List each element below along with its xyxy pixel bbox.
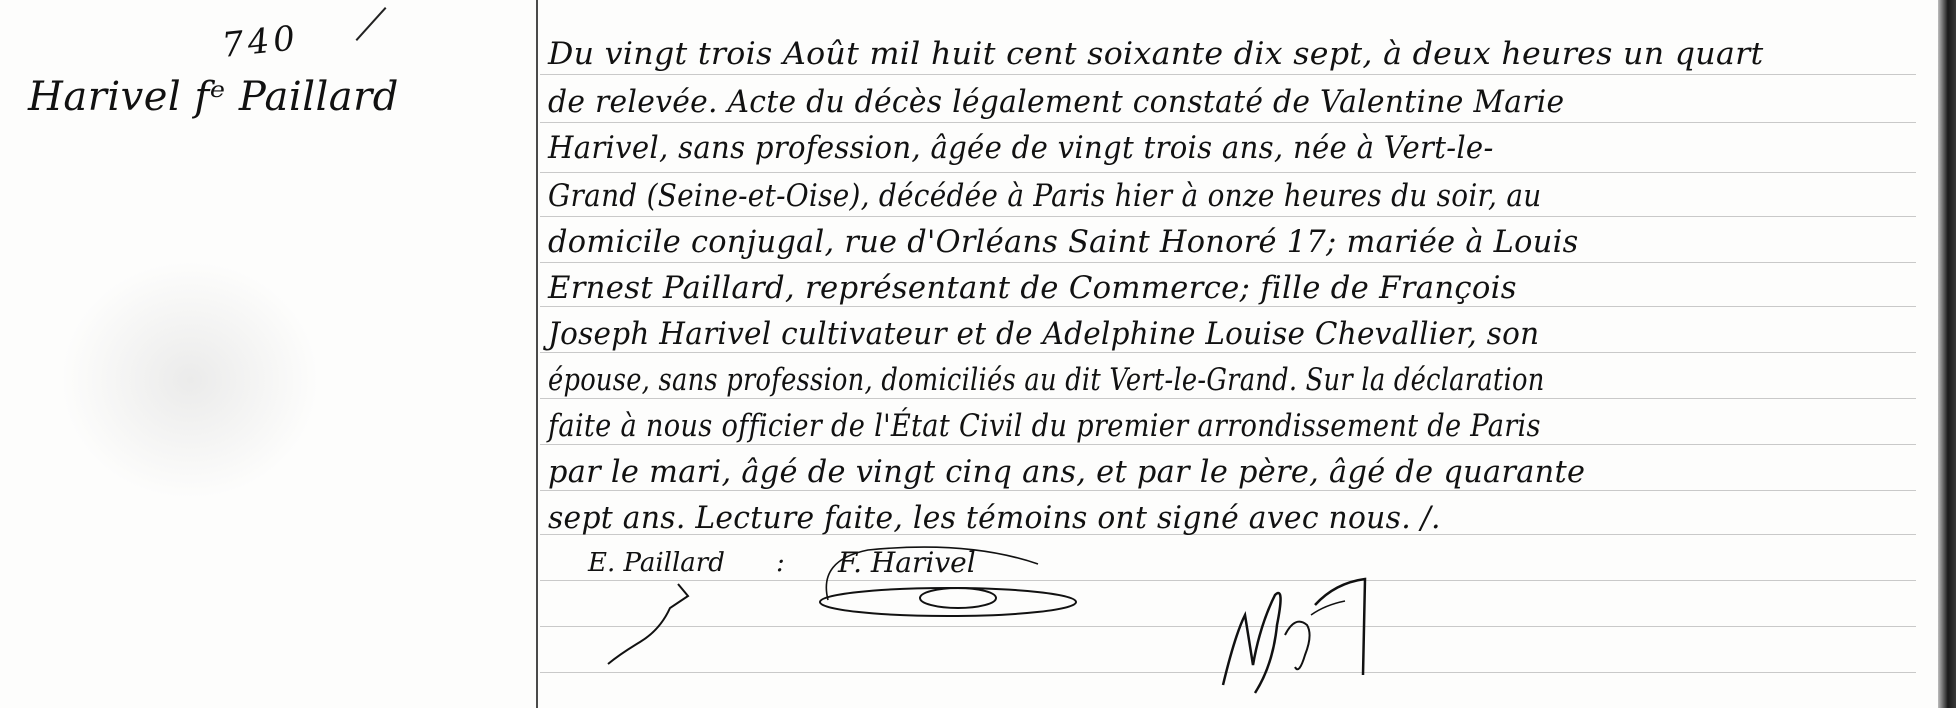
signature-father-block: F. Harivel: [808, 540, 1078, 620]
ruled-line: [540, 122, 1916, 123]
body-line-11: sept ans. Lecture faite, les témoins ont…: [548, 500, 1441, 536]
body-line-9: faite à nous officier de l'État Civil du…: [548, 408, 1541, 444]
signature-separator: :: [776, 548, 785, 578]
paper-smudge: [60, 260, 320, 500]
page-binding-edge: [1938, 0, 1956, 708]
body-line-3: Harivel, sans profession, âgée de vingt …: [548, 130, 1494, 166]
ruled-line: [540, 74, 1916, 75]
body-line-2: de relevée. Acte du décès légalement con…: [548, 84, 1564, 120]
margin-name: Harivel fᵉ Paillard: [28, 74, 399, 120]
ruled-line: [540, 444, 1916, 445]
signature-father: F. Harivel: [838, 546, 976, 579]
body-line-4: Grand (Seine-et-Oise), décédée à Paris h…: [548, 178, 1541, 214]
signature-flourish-icon: [600, 580, 720, 670]
ruled-line: [540, 352, 1916, 353]
signature-officer-icon: [1215, 575, 1385, 695]
margin-tick-mark: [356, 7, 387, 41]
ruled-line: [540, 306, 1916, 307]
entry-number: 740: [220, 18, 301, 66]
ruled-line: [540, 490, 1916, 491]
body-line-7: Joseph Harivel cultivateur et de Adelphi…: [548, 316, 1539, 352]
signature-husband: E. Paillard: [588, 548, 725, 578]
body-line-1: Du vingt trois Août mil huit cent soixan…: [548, 36, 1764, 72]
ruled-line: [540, 216, 1916, 217]
body-line-6: Ernest Paillard, représentant de Commerc…: [548, 270, 1517, 306]
margin-separator: [536, 0, 538, 708]
ruled-line: [540, 172, 1916, 173]
body-line-5: domicile conjugal, rue d'Orléans Saint H…: [548, 224, 1578, 260]
body-line-8: épouse, sans profession, domiciliés au d…: [548, 362, 1545, 398]
ruled-line: [540, 262, 1916, 263]
ruled-line: [540, 398, 1916, 399]
body-line-10: par le mari, âgé de vingt cinq ans, et p…: [548, 454, 1585, 490]
register-page: 740 Harivel fᵉ Paillard Du vingt trois A…: [0, 0, 1956, 708]
